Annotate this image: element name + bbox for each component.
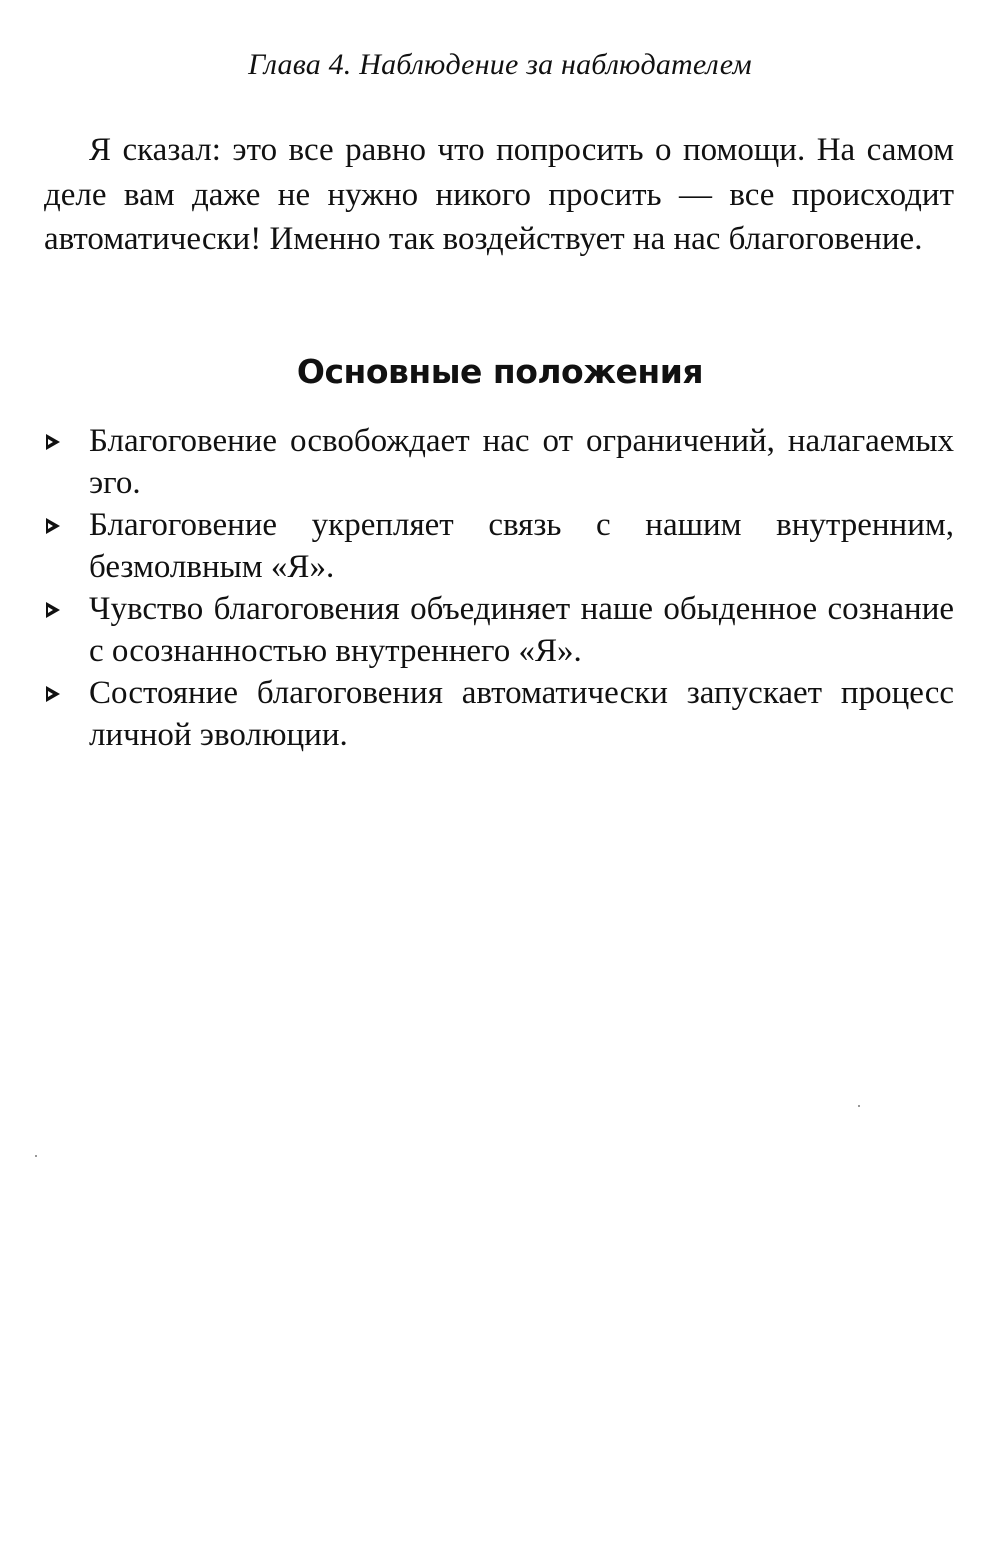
list-item-text: Чувство благоговения объединяет наше обы… [89,591,954,669]
list-item-text: Состояние благоговения автоматически зап… [89,675,954,753]
list-item: Благоговение укрепляет связь с нашим вну… [44,504,954,588]
list-item: Чувство благоговения объединяет наше обы… [44,588,954,672]
list-item: Благоговение освобождает нас от ограниче… [44,420,954,504]
scan-speck [35,1155,37,1157]
section-title: Основные положения [0,352,1000,391]
list-item-text: Благоговение освобождает нас от ограниче… [89,423,954,501]
body-paragraph: Я сказал: это все равно что попросить о … [44,128,954,262]
running-head: Глава 4. Наблюдение за наблюдателем [0,48,1000,82]
triangle-bullet-icon [46,602,60,618]
triangle-bullet-icon [46,686,60,702]
list-item: Состояние благоговения автоматически зап… [44,672,954,756]
list-item-text: Благоговение укрепляет связь с нашим вну… [89,507,954,585]
scan-speck [858,1105,860,1107]
triangle-bullet-icon [46,518,60,534]
triangle-bullet-icon [46,434,60,450]
key-points-list: Благоговение освобождает нас от ограниче… [44,420,954,756]
